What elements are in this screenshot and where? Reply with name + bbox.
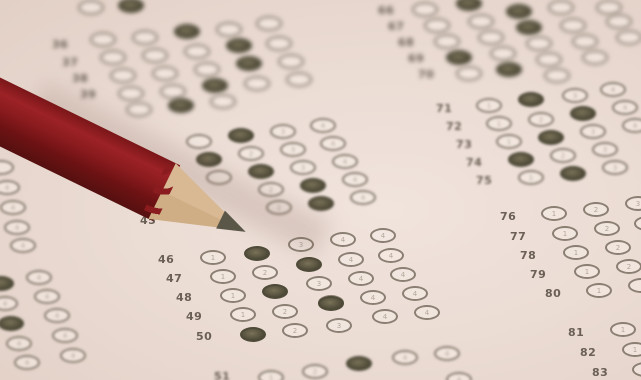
question-label: 76 (500, 210, 516, 223)
answer-bubble: 1 (486, 116, 512, 131)
answer-bubble (434, 34, 460, 49)
answer-bubble: 1 (258, 370, 284, 380)
answer-bubble (596, 0, 622, 15)
answer-bubble-filled (346, 356, 372, 371)
answer-bubble: 4 (348, 271, 374, 286)
answer-bubble: 4 (434, 346, 460, 361)
answer-bubble: 4 (34, 289, 60, 304)
answer-bubble-filled (174, 24, 200, 39)
answer-bubble (256, 16, 282, 31)
answer-bubble: 3 (580, 124, 606, 139)
answer-bubble-filled (538, 130, 564, 145)
answer-bubble (266, 36, 292, 51)
question-label: 77 (510, 230, 526, 243)
question-label: 71 (436, 102, 452, 115)
answer-bubble: 3 (592, 142, 618, 157)
answer-bubble: 4 (360, 290, 386, 305)
answer-bubble: 4 (612, 100, 638, 115)
answer-bubble-filled (236, 56, 262, 71)
answer-bubble-filled (0, 276, 14, 291)
answer-bubble (184, 44, 210, 59)
answer-bubble-filled (228, 128, 254, 143)
answer-bubble (536, 52, 562, 67)
answer-bubble (286, 72, 312, 87)
answer-bubble (132, 30, 158, 45)
question-label: 37 (62, 56, 78, 69)
answer-bubble-filled (456, 0, 482, 11)
answer-bubble: 2 (594, 221, 620, 236)
question-label: 49 (186, 310, 202, 323)
question-label: 50 (196, 330, 212, 343)
question-label: 82 (580, 346, 596, 359)
answer-bubble-filled (0, 316, 24, 331)
answer-bubble: 4 (320, 136, 346, 151)
answer-bubble: 4 (330, 232, 356, 247)
answer-bubble (100, 50, 126, 65)
answer-bubble-filled (506, 4, 532, 19)
answer-bubble: 4 (370, 228, 396, 243)
answer-bubble (634, 216, 641, 231)
answer-bubble: 4 (6, 336, 32, 351)
answer-bubble: 2 (282, 323, 308, 338)
answer-bubble: 4 (0, 200, 26, 215)
answer-bubble: 4 (392, 350, 418, 365)
answer-bubble-filled (570, 106, 596, 121)
answer-bubble: 4 (342, 172, 368, 187)
answer-bubble: 2 (616, 259, 641, 274)
answer-bubble: 4 (332, 154, 358, 169)
answer-bubble: 2 (272, 304, 298, 319)
answer-bubble (186, 134, 212, 149)
question-label: 38 (72, 72, 88, 85)
question-label: 67 (388, 20, 404, 33)
answer-bubble: 4 (4, 220, 30, 235)
answer-bubble-filled (446, 50, 472, 65)
question-label: 39 (80, 88, 96, 101)
answer-bubble-filled (240, 327, 266, 342)
answer-bubble (244, 76, 270, 91)
answer-bubble: 4 (310, 118, 336, 133)
answer-bubble: 4 (26, 270, 52, 285)
answer-bubble (78, 0, 104, 15)
answer-bubble (278, 54, 304, 69)
answer-bubble (572, 34, 598, 49)
answer-bubble-filled (560, 166, 586, 181)
answer-bubble-filled (248, 164, 274, 179)
answer-bubble-filled (226, 38, 252, 53)
question-label: 70 (418, 68, 434, 81)
answer-bubble (560, 18, 586, 33)
answer-bubble (110, 68, 136, 83)
answer-bubble (194, 62, 220, 77)
question-label: 78 (520, 249, 536, 262)
answer-bubble: 4 (600, 82, 626, 97)
answer-bubble (118, 86, 144, 101)
answer-bubble (90, 32, 116, 47)
answer-bubble (160, 84, 186, 99)
answer-bubble: 3 (326, 318, 352, 333)
question-label: 69 (408, 52, 424, 65)
answer-bubble (616, 30, 641, 45)
answer-bubble (478, 30, 504, 45)
answer-bubble: 4 (10, 238, 36, 253)
answer-bubble (142, 48, 168, 63)
answer-bubble: 1 (476, 98, 502, 113)
answer-bubble: 4 (390, 267, 416, 282)
answer-bubble-filled (168, 98, 194, 113)
answer-bubble-filled (496, 62, 522, 77)
answer-bubble (544, 68, 570, 83)
question-label: 73 (456, 138, 472, 151)
answer-bubble: 2 (550, 148, 576, 163)
answer-bubble: 4 (0, 296, 18, 311)
answer-bubble (526, 36, 552, 51)
answer-bubble: 4 (372, 309, 398, 324)
answer-bubble-filled (262, 284, 288, 299)
answer-bubble: 4 (350, 190, 376, 205)
question-label: 51 (214, 370, 230, 380)
answer-bubble-filled (508, 152, 534, 167)
answer-bubble: 3 (625, 196, 641, 211)
answer-bubble (628, 278, 641, 293)
answer-bubble-filled (308, 196, 334, 211)
answer-bubble: 4 (44, 308, 70, 323)
answer-bubble (210, 94, 236, 109)
question-label: 79 (530, 268, 546, 281)
answer-bubble: 1 (210, 269, 236, 284)
answer-bubble-filled (300, 178, 326, 193)
question-label: 83 (592, 366, 608, 379)
answer-bubble: 1 (610, 322, 636, 337)
answer-bubble: 1 (541, 206, 567, 221)
answer-sheet-photo: 36 37 38 39 66 67 68 69 70 71 (0, 0, 641, 380)
answer-bubble (468, 14, 494, 29)
answer-bubble: 3 (602, 160, 628, 175)
answer-bubble: 4 (402, 286, 428, 301)
answer-bubble: 1 (574, 264, 600, 279)
question-label: 68 (398, 36, 414, 49)
answer-bubble: 3 (270, 124, 296, 139)
answer-bubble (126, 102, 152, 117)
answer-bubble: 3 (290, 160, 316, 175)
answer-bubble-filled (318, 296, 344, 311)
answer-bubble-filled (296, 257, 322, 272)
answer-bubble: 2 (583, 202, 609, 217)
answer-bubble (424, 18, 450, 33)
answer-bubble-filled (118, 0, 144, 13)
answer-bubble (152, 66, 178, 81)
answer-bubble: 1 (586, 283, 612, 298)
answer-bubble: 4 (378, 248, 404, 263)
question-label: 48 (176, 291, 192, 304)
answer-bubble: 2 (605, 240, 631, 255)
answer-bubble: 1 (518, 170, 544, 185)
answer-bubble: 3 (306, 276, 332, 291)
answer-bubble: 4 (0, 180, 20, 195)
question-label: 74 (466, 156, 482, 169)
answer-bubble: 4 (414, 305, 440, 320)
answer-bubble (456, 66, 482, 81)
answer-bubble (216, 22, 242, 37)
answer-bubble: 4 (338, 252, 364, 267)
answer-bubble (632, 362, 641, 377)
answer-bubble: 2 (302, 364, 328, 379)
question-label: 46 (158, 253, 174, 266)
answer-bubble: 4 (52, 328, 78, 343)
question-label: 47 (166, 272, 182, 285)
answer-bubble (490, 46, 516, 61)
answer-bubble (0, 160, 14, 175)
question-label: 36 (52, 38, 68, 51)
question-label: 75 (476, 174, 492, 187)
answer-bubble: 3 (280, 142, 306, 157)
answer-bubble-filled (516, 20, 542, 35)
answer-bubble: 4 (14, 355, 40, 370)
answer-bubble: 1 (552, 226, 578, 241)
question-label: 81 (568, 326, 584, 339)
answer-bubble: 1 (563, 245, 589, 260)
answer-bubble: 2 (238, 146, 264, 161)
answer-bubble (582, 50, 608, 65)
answer-bubble: 4 (622, 118, 641, 133)
answer-bubble-filled (518, 92, 544, 107)
answer-bubble: 1 (496, 134, 522, 149)
question-label: 80 (545, 287, 561, 300)
answer-bubble (412, 2, 438, 17)
answer-bubble: 4 (60, 348, 86, 363)
answer-bubble: 1 (622, 342, 641, 357)
question-label: 72 (446, 120, 462, 133)
answer-bubble: 2 (528, 112, 554, 127)
answer-bubble: 1 (220, 288, 246, 303)
question-label: 66 (378, 4, 394, 17)
answer-bubble: 1 (230, 307, 256, 322)
answer-bubble (548, 0, 574, 15)
answer-bubble-filled (202, 78, 228, 93)
answer-bubble: 3 (562, 88, 588, 103)
answer-bubble (606, 14, 632, 29)
answer-bubble: 4 (446, 372, 472, 380)
